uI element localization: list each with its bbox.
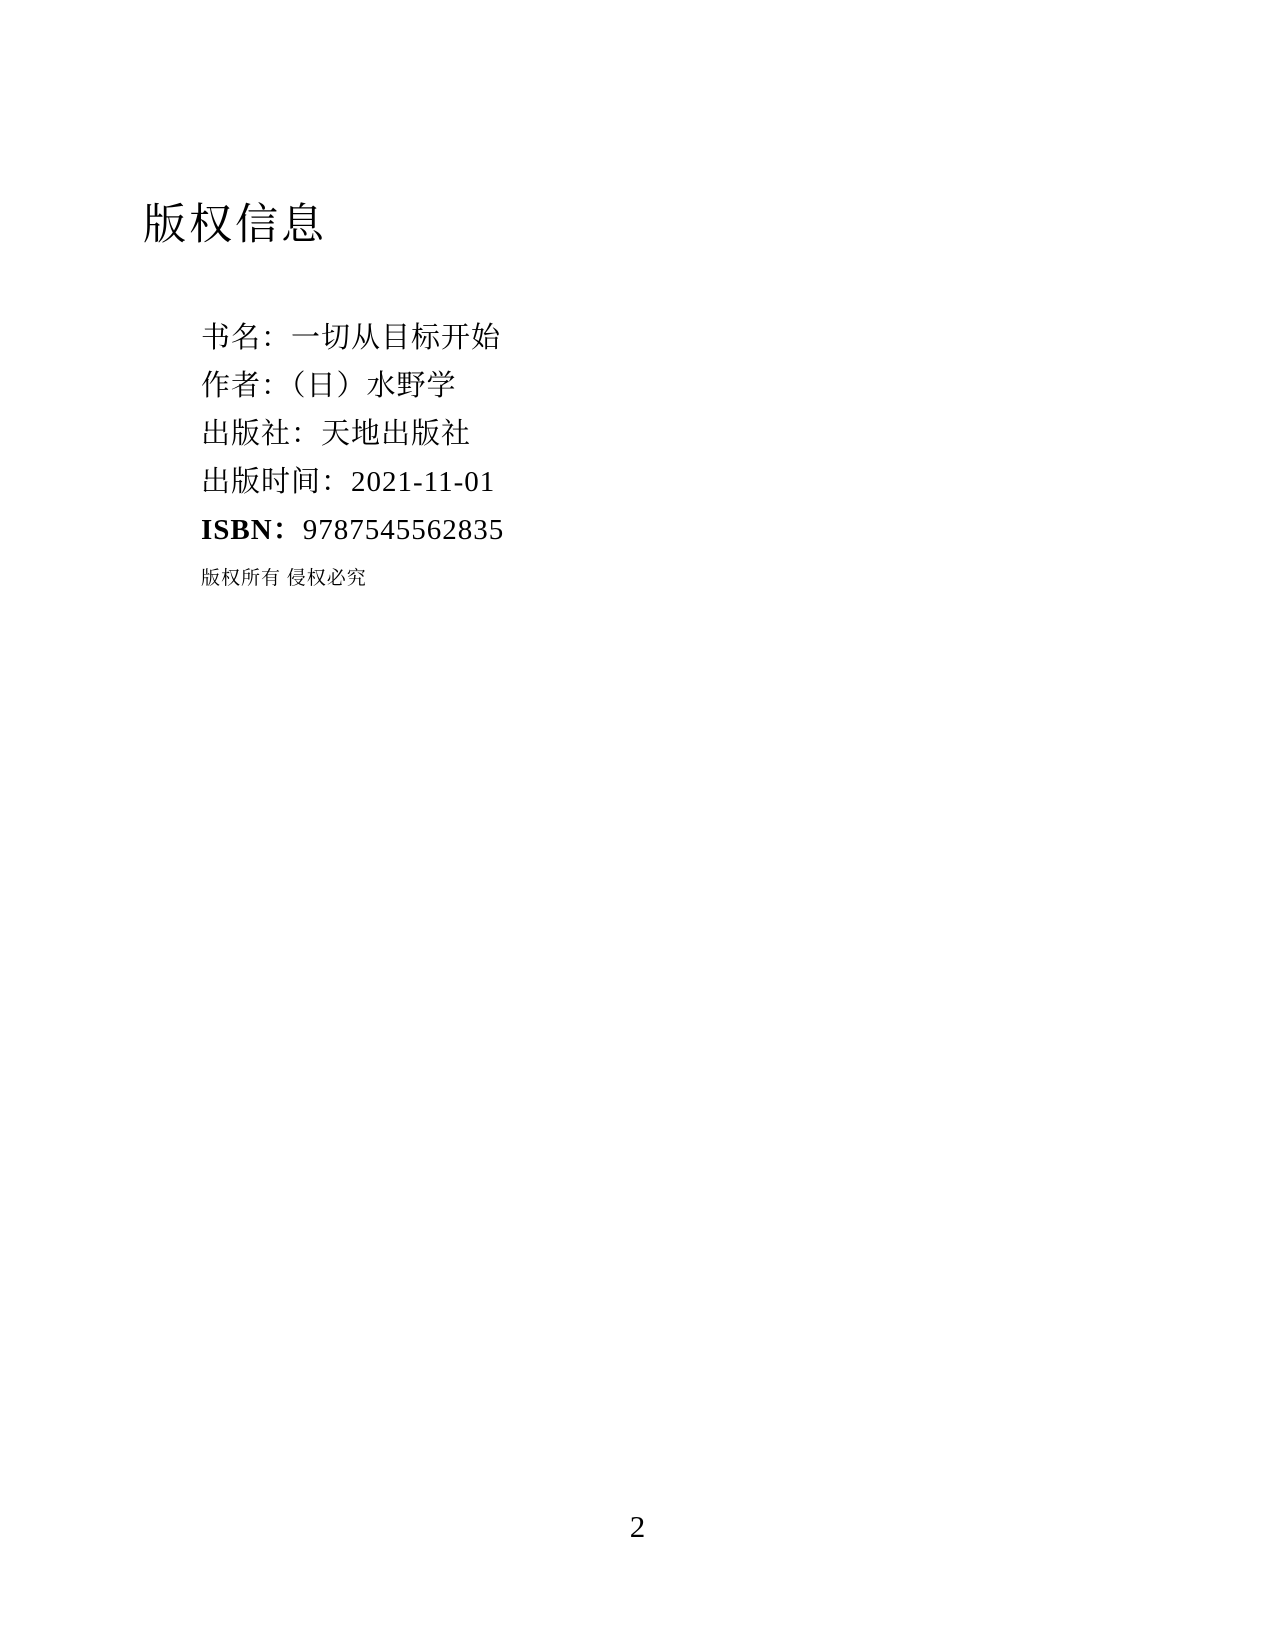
isbn-value: 9787545562835 xyxy=(303,514,505,546)
page-number: 2 xyxy=(0,1508,1275,1545)
book-info-block: 书名：一切从目标开始 作者：（日）水野学 出版社：天地出版社 出版时间：2021… xyxy=(201,314,504,592)
publish-date-value: 2021-11-01 xyxy=(351,466,495,498)
isbn-line: ISBN：9787545562835 xyxy=(201,506,504,554)
publisher-line: 出版社：天地出版社 xyxy=(201,410,504,458)
copyright-page: 版权信息 书名：一切从目标开始 作者：（日）水野学 出版社：天地出版社 出版时间… xyxy=(0,0,1275,1650)
publish-date-line: 出版时间：2021-11-01 xyxy=(201,458,504,506)
book-title-value: 一切从目标开始 xyxy=(291,322,501,354)
isbn-label: ISBN： xyxy=(201,514,303,546)
author-line: 作者：（日）水野学 xyxy=(201,362,504,410)
rights-notice: 版权所有 侵权必究 xyxy=(201,566,504,592)
page-title: 版权信息 xyxy=(143,200,327,252)
publish-date-label: 出版时间： xyxy=(201,466,351,498)
book-title-label: 书名： xyxy=(201,322,291,354)
publisher-label: 出版社： xyxy=(201,418,321,450)
book-title-line: 书名：一切从目标开始 xyxy=(201,314,504,362)
publisher-value: 天地出版社 xyxy=(321,418,471,450)
author-value: （日）水野学 xyxy=(291,370,457,402)
author-label: 作者： xyxy=(201,370,291,402)
